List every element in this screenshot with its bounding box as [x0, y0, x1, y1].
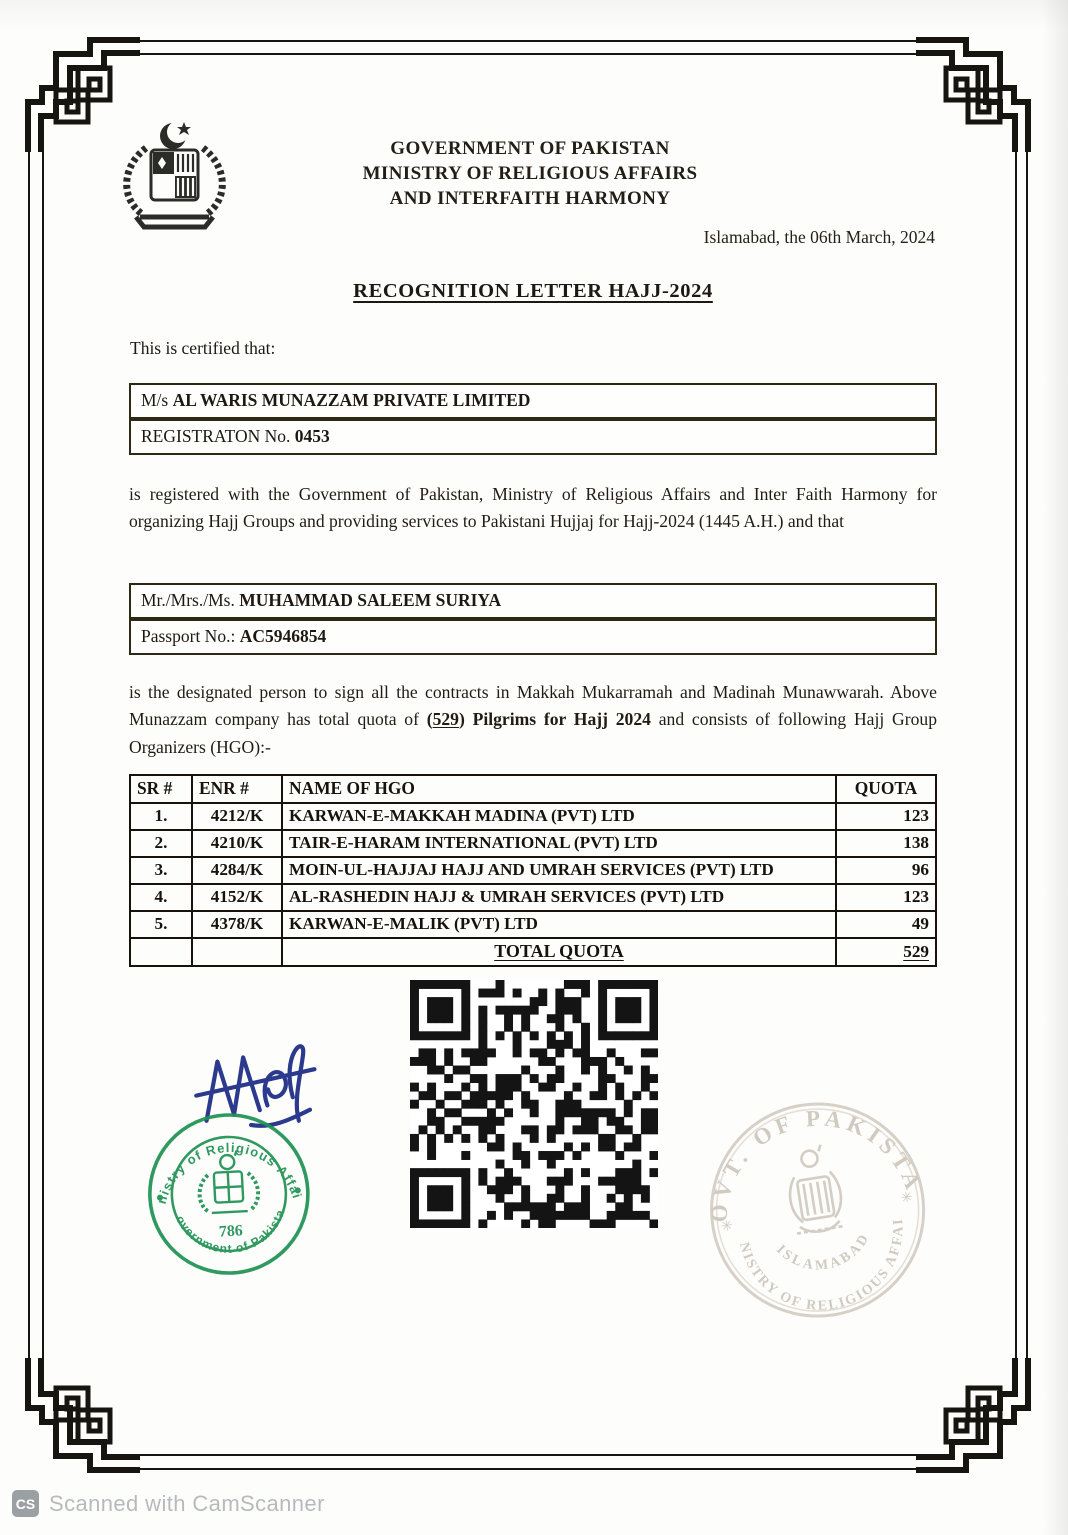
cell-enr: 4152/K — [192, 884, 282, 911]
emboss-star-right: ✳ — [900, 1190, 914, 1207]
cell-quota: 138 — [836, 830, 936, 857]
table-row: 4. 4152/K AL-RASHEDIN HAJJ & UMRAH SERVI… — [130, 884, 936, 911]
ministry-header: GOVERNMENT OF PAKISTAN MINISTRY OF RELIG… — [245, 136, 815, 211]
registration-number-value: 0453 — [295, 426, 330, 446]
registration-label: REGISTRATON No. — [141, 426, 295, 446]
cell-quota: 123 — [836, 884, 936, 911]
header-line-government: GOVERNMENT OF PAKISTAN — [245, 136, 815, 161]
cell-sr: 3. — [130, 857, 192, 884]
green-stamp-number: 786 — [218, 1222, 243, 1240]
qr-code — [410, 980, 658, 1228]
hgo-quota-table: SR # ENR # NAME OF HGO QUOTA 1. 4212/K K… — [129, 774, 937, 967]
cell-sr: 4. — [130, 884, 192, 911]
date-place-line: Islamabad, the 06th March, 2024 — [540, 227, 935, 248]
cell-enr: 4378/K — [192, 911, 282, 938]
total-quota-label: TOTAL QUOTA — [282, 938, 836, 966]
header-quota: QUOTA — [836, 775, 936, 803]
camscanner-text: Scanned with CamScanner — [49, 1491, 325, 1517]
header-name: NAME OF HGO — [282, 775, 836, 803]
cell-empty — [130, 938, 192, 966]
table-row: 3. 4284/K MOIN-UL-HAJJAJ HAJJ AND UMRAH … — [130, 857, 936, 884]
cell-enr: 4212/K — [192, 803, 282, 830]
table-total-row: TOTAL QUOTA 529 — [130, 938, 936, 966]
camscanner-icon: CS — [12, 1490, 39, 1517]
document-title: RECOGNITION LETTER HAJJ-2024 — [130, 280, 936, 303]
total-quota-value: 529 — [836, 938, 936, 966]
header-sr: SR # — [130, 775, 192, 803]
cell-quota: 123 — [836, 803, 936, 830]
certify-line: This is certified that: — [130, 338, 275, 359]
cell-name: TAIR-E-HARAM INTERNATIONAL (PVT) LTD — [282, 830, 836, 857]
cell-sr: 5. — [130, 911, 192, 938]
cell-quota: 96 — [836, 857, 936, 884]
corner-ornament-top-right — [916, 32, 1036, 152]
person-prefix: Mr./Mrs./Ms. — [141, 590, 239, 610]
cell-enr: 4210/K — [192, 830, 282, 857]
header-line-ministry: MINISTRY OF RELIGIOUS AFFAIRS — [245, 161, 815, 186]
cell-sr: 1. — [130, 803, 192, 830]
cell-name: KARWAN-E-MAKKAH MADINA (PVT) LTD — [282, 803, 836, 830]
table-header-row: SR # ENR # NAME OF HGO QUOTA — [130, 775, 936, 803]
emboss-star-left: ✳ — [720, 1219, 734, 1236]
company-name-field: M/s AL WARIS MUNAZZAM PRIVATE LIMITED — [129, 383, 937, 419]
ministry-green-stamp: Ministry of Religious Affairs Government… — [141, 1106, 318, 1288]
table-row: 2. 4210/K TAIR-E-HARAM INTERNATIONAL (PV… — [130, 830, 936, 857]
quota-paragraph: is the designated person to sign all the… — [129, 679, 937, 761]
camscanner-footer: CS Scanned with CamScanner — [12, 1490, 325, 1517]
designated-person-field: Mr./Mrs./Ms. MUHAMMAD SALEEM SURIYA — [129, 583, 937, 619]
scan-shading-top — [0, 0, 1068, 30]
table-row: 5. 4378/K KARWAN-E-MALIK (PVT) LTD 49 — [130, 911, 936, 938]
cell-enr: 4284/K — [192, 857, 282, 884]
passport-label: Passport No.: — [141, 626, 240, 646]
cell-name: AL-RASHEDIN HAJJ & UMRAH SERVICES (PVT) … — [282, 884, 836, 911]
header-line-harmony: AND INTERFAITH HARMONY — [245, 186, 815, 211]
quota-value-wrap: (529) — [427, 709, 465, 729]
embossed-government-seal: GOVT. OF PAKISTAN MINISTRY OF RELIGIOUS … — [687, 1080, 949, 1346]
pakistan-state-emblem-icon — [112, 120, 237, 237]
company-prefix: M/s — [141, 390, 173, 410]
scan-shading-right — [1042, 0, 1068, 1535]
cell-quota: 49 — [836, 911, 936, 938]
header-enr: ENR # — [192, 775, 282, 803]
corner-ornament-bottom-left — [20, 1358, 140, 1478]
registration-number-field: REGISTRATON No. 0453 — [129, 419, 937, 455]
passport-number-value: AC5946854 — [240, 626, 327, 646]
cell-empty — [192, 938, 282, 966]
cell-name: MOIN-UL-HAJJAJ HAJJ AND UMRAH SERVICES (… — [282, 857, 836, 884]
registered-paragraph: is registered with the Government of Pak… — [129, 481, 937, 536]
table-row: 1. 4212/K KARWAN-E-MAKKAH MADINA (PVT) L… — [130, 803, 936, 830]
cell-sr: 2. — [130, 830, 192, 857]
svg-text:ISLAMABAD: ISLAMABAD — [772, 1228, 878, 1281]
scanned-document-page: GOVERNMENT OF PAKISTAN MINISTRY OF RELIG… — [0, 0, 1068, 1535]
passport-number-field: Passport No.: AC5946854 — [129, 619, 937, 655]
emboss-inner-text: ISLAMABAD — [772, 1228, 878, 1281]
quota-number: 529 — [433, 709, 459, 729]
cell-name: KARWAN-E-MALIK (PVT) LTD — [282, 911, 836, 938]
quota-paragraph-bold: Pilgrims for Hajj 2024 — [465, 709, 659, 729]
corner-ornament-bottom-right — [916, 1358, 1036, 1478]
company-name-value: AL WARIS MUNAZZAM PRIVATE LIMITED — [173, 390, 531, 410]
person-name-value: MUHAMMAD SALEEM SURIYA — [239, 590, 501, 610]
